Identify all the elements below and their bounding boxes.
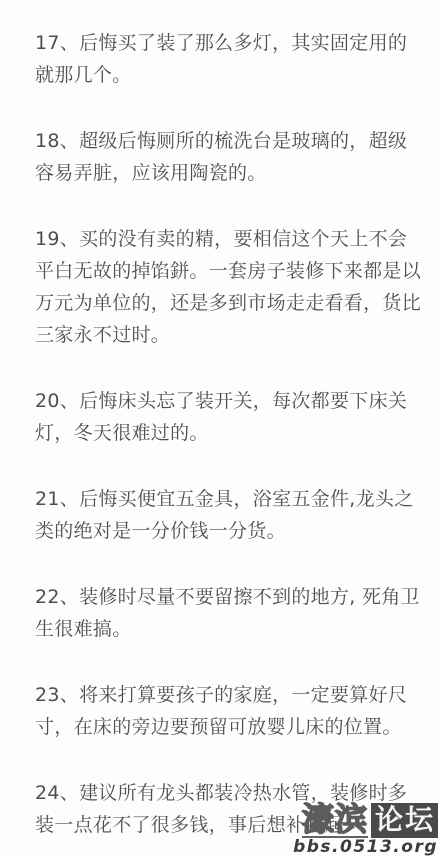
tip-item-20: 20、后悔床头忘了装开关，每次都要下床关 灯，冬天很难过的。: [35, 385, 425, 449]
tips-list: 17、后悔买了装了那么多灯，其实固定用的 就那几个。 18、超级后悔厕所的梳洗台…: [0, 0, 439, 841]
tip-item-19: 19、买的没有卖的精，要相信这个天上不会 平白无故的掉馅鉼。一套房子装修下来都是…: [35, 223, 425, 351]
tip-item-23: 23、将来打算要孩子的家庭，一定要算好尺 寸，在床的旁边要预留可放婴儿床的位置。: [35, 679, 425, 743]
forum-badge: 论坛: [371, 803, 438, 838]
tip-item-22: 22、装修时尽量不要留擦不到的地方, 死角卫 生很难搞。: [35, 581, 425, 645]
forum-site-name-outlined: 濠滨: [302, 803, 368, 838]
tip-item-18: 18、超级后悔厕所的梳洗台是玻璃的，超级 容易弄脏，应该用陶瓷的。: [35, 125, 425, 189]
tip-item-21: 21、后悔买便宜五金具，浴室五金件,龙头之 类的绝对是一分价钱一分货。: [35, 483, 425, 547]
forum-url: bbs.0513.org: [293, 838, 438, 857]
forum-watermark-name-row: 濠滨 论坛: [293, 803, 438, 838]
forum-watermark: 濠滨 论坛 bbs.0513.org: [293, 803, 438, 857]
tip-item-17: 17、后悔买了装了那么多灯，其实固定用的 就那几个。: [35, 27, 425, 91]
